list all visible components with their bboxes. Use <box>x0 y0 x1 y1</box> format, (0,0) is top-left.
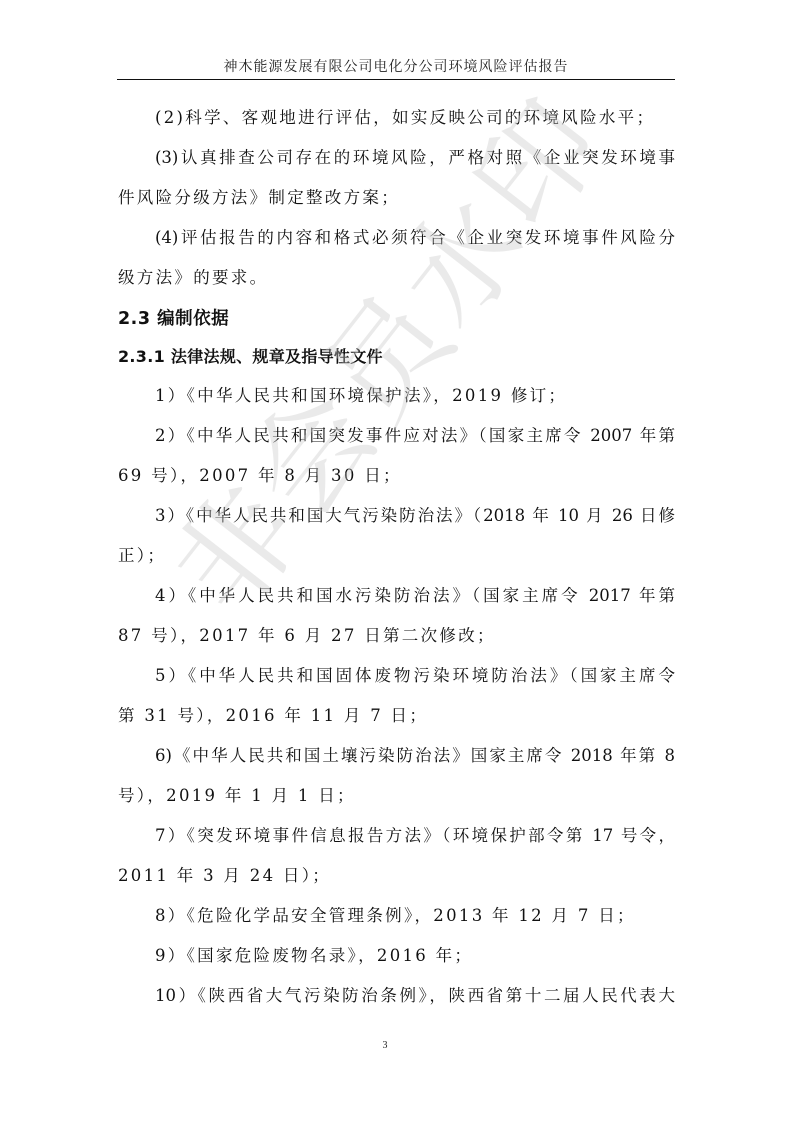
header-divider <box>117 79 675 80</box>
section-heading: 2.3 编制依据 <box>118 300 675 338</box>
reference-item-continuation: 2011 年 3 月 24 日）； <box>118 858 675 898</box>
paragraph-line: 级方法》的要求。 <box>118 260 675 300</box>
reference-item: 5）《中华人民共和国固体废物污染环境防治法》（国家主席令 <box>118 658 675 698</box>
reference-item-continuation: 正）； <box>118 538 675 578</box>
reference-item-continuation: 第 31 号），2016 年 11 月 7 日； <box>118 698 675 738</box>
paragraph-line: (4)评估报告的内容和格式必须符合《企业突发环境事件风险分 <box>118 220 675 260</box>
reference-list: 1）《中华人民共和国环境保护法》，2019 修订； 2）《中华人民共和国突发事件… <box>118 378 675 1018</box>
paragraph-line: (2)科学、客观地进行评估，如实反映公司的环境风险水平； <box>118 100 675 140</box>
reference-item: 3）《中华人民共和国大气污染防治法》（2018 年 10 月 26 日修 <box>118 498 675 538</box>
reference-item: 2）《中华人民共和国突发事件应对法》（国家主席令 2007 年第 <box>118 418 675 458</box>
paragraph-line: (3)认真排查公司存在的环境风险，严格对照《企业突发环境事 <box>118 140 675 180</box>
document-body: (2)科学、客观地进行评估，如实反映公司的环境风险水平； (3)认真排查公司存在… <box>118 100 675 1018</box>
reference-item-continuation: 号），2019 年 1 月 1 日； <box>118 778 675 818</box>
page-number: 3 <box>370 1040 400 1051</box>
reference-item: 4）《中华人民共和国水污染防治法》（国家主席令 2017 年第 <box>118 578 675 618</box>
reference-item: 1）《中华人民共和国环境保护法》，2019 修订； <box>118 378 675 418</box>
subsection-heading: 2.3.1 法律法规、规章及指导性文件 <box>118 338 675 378</box>
running-header: 神木能源发展有限公司电化分公司环境风险评估报告 <box>117 56 675 76</box>
reference-item: 9）《国家危险废物名录》，2016 年； <box>118 938 675 978</box>
reference-item: 7）《突发环境事件信息报告方法》（环境保护部令第 17 号令， <box>118 818 675 858</box>
reference-item: 8）《危险化学品安全管理条例》，2013 年 12 月 7 日； <box>118 898 675 938</box>
reference-item-continuation: 87 号），2017 年 6 月 27 日第二次修改； <box>118 618 675 658</box>
paragraph-line: 件风险分级方法》制定整改方案； <box>118 180 675 220</box>
document-page: 神木能源发展有限公司电化分公司环境风险评估报告 (2)科学、客观地进行评估，如实… <box>0 0 793 1122</box>
reference-item: 10）《陕西省大气污染防治条例》，陕西省第十二届人民代表大 <box>118 978 675 1018</box>
reference-item-continuation: 69 号），2007 年 8 月 30 日； <box>118 458 675 498</box>
reference-item: 6)《中华人民共和国土壤污染防治法》国家主席令 2018 年第 8 <box>118 738 675 778</box>
